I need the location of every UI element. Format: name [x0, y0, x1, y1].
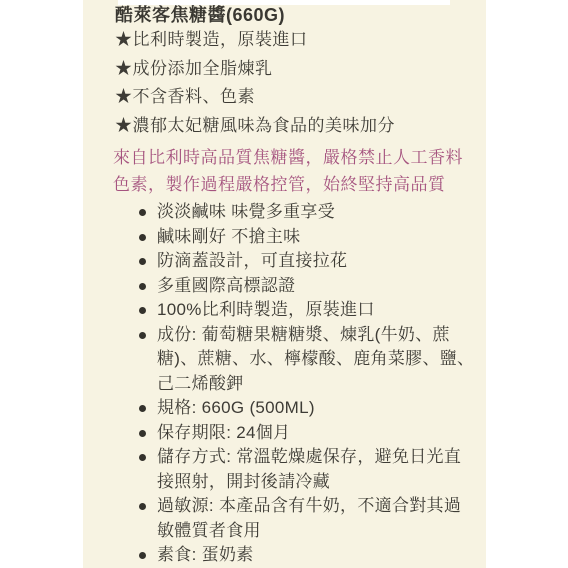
detail-item-ingredients: 成份: 葡萄糖果糖糖漿、煉乳(牛奶、蔗糖)、蔗糖、水、檸檬酸、鹿角菜膠、鹽、己二… — [157, 323, 475, 397]
highlight-line: ★不含香料、色素 — [115, 83, 486, 112]
detail-item-vegetarian: 素食: 蛋奶素 — [157, 543, 475, 568]
detail-item-saltiness: 鹹味剛好 不搶主味 — [157, 225, 475, 250]
detail-item-cap-design: 防滴蓋設計，可直接拉花 — [157, 249, 475, 274]
detail-item-allergen: 過敏源: 本產品含有牛奶，不適合對其過敏體質者食用 — [157, 494, 475, 543]
detail-item-shelf-life: 保存期限: 24個月 — [157, 421, 475, 446]
detail-item-spec: 規格: 660G (500ML) — [157, 396, 475, 421]
product-details-list: 淡淡鹹味 味覺多重享受 鹹味剛好 不搶主味 防滴蓋設計，可直接拉花 多重國際高標… — [157, 200, 486, 568]
detail-item-storage: 儲存方式: 常溫乾燥處保存，避免日光直接照射，開封後請冷藏 — [157, 445, 475, 494]
product-highlights: ★比利時製造，原裝進口 ★成份添加全脂煉乳 ★不含香料、色素 ★濃郁太妃糖風味為… — [115, 26, 486, 140]
top-white-strip — [118, 0, 450, 5]
page: 酷萊客焦糖醬(660G) ★比利時製造，原裝進口 ★成份添加全脂煉乳 ★不含香料… — [0, 0, 568, 568]
highlight-line: ★比利時製造，原裝進口 — [115, 26, 486, 55]
product-description-panel: 酷萊客焦糖醬(660G) ★比利時製造，原裝進口 ★成份添加全脂煉乳 ★不含香料… — [83, 0, 486, 568]
detail-item-origin: 100%比利時製造，原裝進口 — [157, 298, 475, 323]
detail-item-taste: 淡淡鹹味 味覺多重享受 — [157, 200, 475, 225]
detail-item-certification: 多重國際高標認證 — [157, 274, 475, 299]
highlight-line: ★濃郁太妃糖風味為食品的美味加分 — [115, 112, 486, 141]
promo-text: 來自比利時高品質焦糖醬，嚴格禁止人工香料色素，製作過程嚴格控管，始終堅持高品質 — [113, 145, 467, 198]
product-title: 酷萊客焦糖醬(660G) — [115, 6, 486, 24]
highlight-line: ★成份添加全脂煉乳 — [115, 55, 486, 84]
